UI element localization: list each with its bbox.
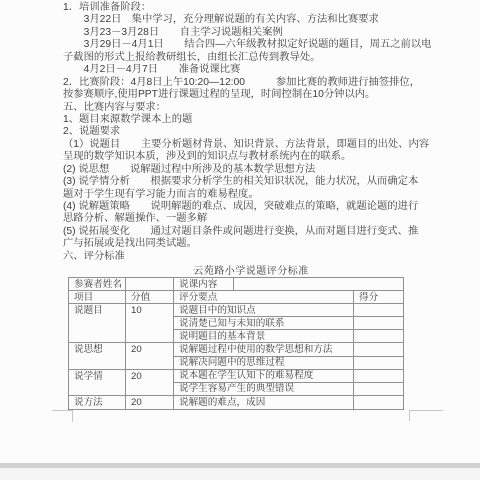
col-header-item: 项目	[69, 291, 126, 304]
gain-cell	[354, 330, 404, 343]
gain-cell	[354, 317, 404, 330]
score-cell: 20	[126, 343, 174, 369]
doc-line: 呈现的数学知识本质，涉及到的知识点与教材系统内在的联系。	[63, 151, 453, 163]
doc-line: (2) 说思想 说解题过程中所涉及的基本数学思想方法	[63, 164, 453, 176]
gain-cell	[354, 343, 404, 356]
table-row: 说方法 20 说解题的难点，成因	[69, 395, 404, 409]
gain-cell	[354, 382, 404, 395]
table-row: 说学情 20 说本题在学生认知下的难易程度	[69, 369, 404, 382]
point-cell: 说解题的难点，成因	[174, 395, 354, 409]
doc-line: 广与拓展或是找出同类试题。	[63, 238, 453, 250]
margin-crop-mark-bottom-left	[52, 410, 73, 411]
table-row: 说题目 10 说题目中的知识点	[69, 304, 404, 317]
point-cell: 说题目中的知识点	[174, 304, 354, 317]
table-header-row: 项目 分值 评分要点 得分	[69, 291, 404, 304]
doc-line: 1、题目来源数学课本上的题	[63, 114, 453, 126]
document-body: 1．培训准备阶段： 3月22日 集中学习，充分理解说题的有关内容、方法和比赛要求…	[63, 2, 453, 263]
score-table-title: 云苑路小学说题评分标准	[63, 262, 439, 277]
lecture-content-label: 说课内容	[174, 278, 234, 291]
doc-line: 按参赛顺序,使用PPT进行课题过程的呈现，时间控制在10分钟以内。	[63, 89, 453, 101]
doc-line: (4) 说解题策略 说明解题的难点、成因，突破难点的策略，就题论题的进行	[63, 201, 453, 213]
doc-line: 3月29日－4月1日 结合四—六年级教材拟定好说题的题目，周五之前以电	[63, 39, 453, 51]
next-page-edge	[0, 468, 480, 480]
document-page: 1．培训准备阶段： 3月22日 集中学习，充分理解说题的有关内容、方法和比赛要求…	[0, 0, 480, 480]
point-cell: 说解题过程中使用的数学思想和方法	[174, 343, 354, 356]
score-cell: 10	[126, 304, 174, 343]
point-cell: 说解决问题中的思维过程	[174, 356, 354, 369]
doc-line: 1．培训准备阶段：	[63, 2, 453, 14]
score-cell: 20	[126, 395, 174, 409]
doc-line: (3) 说学情分析 根据要求分析学生的相关知识状况，能力状况，从而确定本	[63, 176, 453, 188]
doc-line: 题对于学生现有学习能力而言的难易程度。	[63, 189, 453, 201]
doc-line: (5) 说拓展变化 通过对题目条件或问题进行变换，从而对题目进行变式、推	[63, 226, 453, 238]
doc-line: 子截图的形式上报给教研组长，由组长汇总传到教导处。	[63, 52, 453, 64]
margin-crop-mark-bottom-right	[409, 410, 443, 411]
doc-line: 思路分析、解题操作、一题多解	[63, 213, 453, 225]
score-cell: 20	[126, 369, 174, 395]
doc-line: 五、比赛内容与要求：	[63, 102, 453, 114]
item-cell: 说思想	[69, 343, 126, 369]
doc-line: 3月22日 集中学习，充分理解说题的有关内容、方法和比赛要求	[63, 14, 453, 26]
doc-line: 4月2日－4月7日 准备说课比赛	[63, 64, 453, 76]
lecture-content-value	[234, 278, 404, 291]
col-header-points: 评分要点	[174, 291, 354, 304]
participant-name-label: 参赛者姓名	[69, 278, 126, 291]
point-cell: 说学生容易产生的典型错误	[174, 382, 354, 395]
margin-crop-mark-bottom-right	[409, 410, 410, 421]
table-row: 说思想 20 说解题过程中使用的数学思想和方法	[69, 343, 404, 356]
point-cell: 说明题目的基本背景	[174, 330, 354, 343]
table-row-participant: 参赛者姓名 说课内容	[69, 278, 404, 291]
col-header-score: 分值	[126, 291, 174, 304]
item-cell: 说学情	[69, 369, 126, 395]
item-cell: 说方法	[69, 395, 126, 409]
col-header-gain: 得分	[354, 291, 404, 304]
doc-line: （1）说题目 主要分析题材背景、知识背景、方法背景，即题目的出处、内容	[63, 139, 453, 151]
doc-line: 3月23－3月28日 自主学习说题相关案例	[63, 27, 453, 39]
gain-cell	[354, 395, 404, 409]
participant-name-value	[126, 278, 174, 291]
doc-line: 2．比赛阶段：4月8日上午10:20—12:00 参加比赛的教师进行抽签排位，	[63, 77, 453, 89]
item-cell: 说题目	[69, 304, 126, 343]
gain-cell	[354, 304, 404, 317]
point-cell: 说本题在学生认知下的难易程度	[174, 369, 354, 382]
gain-cell	[354, 369, 404, 382]
gain-cell	[354, 356, 404, 369]
point-cell: 说清楚已知与未知的联系	[174, 317, 354, 330]
score-table: 参赛者姓名 说课内容 项目 分值 评分要点 得分 说题目 10 说题目中的知识点…	[68, 277, 404, 410]
doc-line: 2、说题要求	[63, 126, 453, 138]
margin-crop-mark-bottom-left	[72, 410, 73, 422]
